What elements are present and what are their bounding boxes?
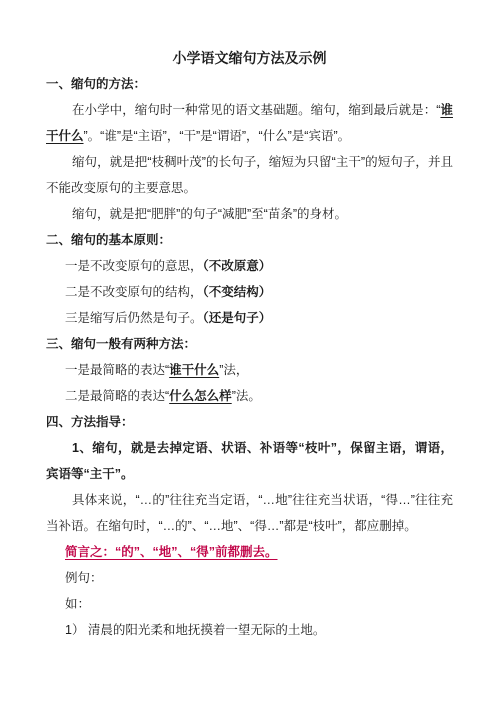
text-run: 二是最简略的表达“: [65, 389, 169, 403]
section-heading: 二、缩句的基本原则：: [46, 227, 453, 253]
list-line: 二是最简略的表达“什么怎么样”法。: [46, 383, 453, 409]
text-run: 缩句，就是把“枝稠叶茂”的长句子，缩短为只留“主干”的短句子，并且不能改变原句的…: [46, 155, 453, 195]
doc-title: 小学语文缩句方法及示例: [46, 45, 453, 71]
list-line: 二是不改变原句的结构，（不变结构）: [46, 279, 453, 305]
list-line: 一是最简略的表达“谁干什么”法，: [46, 357, 453, 383]
text-run: 1） 清晨的阳光柔和地抚摸着一望无际的土地。: [65, 623, 325, 637]
text-run: 具体来说，“…的”往往充当定语，“…地”往往充当状语，“得…”往往充当补语。在缩…: [46, 493, 453, 533]
text-run: 一、缩句的方法：: [46, 77, 146, 91]
emphasis-run: （不改原意）: [203, 259, 272, 273]
list-line: 一是不改变原句的意思，（不改原意）: [46, 253, 453, 279]
paragraph: 具体来说，“…的”往往充当定语，“…地”往往充当状语，“得…”往往充当补语。在缩…: [46, 487, 453, 539]
text-run: 例句：: [65, 571, 103, 585]
document-page: 小学语文缩句方法及示例 一、缩句的方法：在小学中，缩句时一种常见的语文基础题。缩…: [46, 45, 453, 643]
text-run: 在小学中，缩句时一种常见的语文基础题。缩句，缩到最后就是：“: [72, 103, 440, 117]
text-run: 二是不改变原句的结构，: [65, 285, 203, 299]
highlight-red-run: 简言之：“的”、“地”、“得”前都删去。: [65, 545, 278, 559]
emphasis-run: 谁干什么: [169, 363, 219, 377]
list-line: 例句：: [46, 565, 453, 591]
paragraph: 在小学中，缩句时一种常见的语文基础题。缩句，缩到最后就是：“谁干什么”。“谁”是…: [46, 97, 453, 149]
text-run: 三、缩句一般有两种方法：: [46, 337, 196, 351]
text-run: ”。“谁”是“主语”，“干”是“谓语”，“什么”是“宾语”。: [84, 129, 351, 143]
emphasis-run: （还是句子）: [203, 311, 272, 325]
text-run: 一是不改变原句的意思，: [65, 259, 203, 273]
section-heading: 一、缩句的方法：: [46, 71, 453, 97]
list-line: 如：: [46, 591, 453, 617]
paragraph: 缩句，就是把“肥胖”的句子“减肥”至“苗条”的身材。: [46, 201, 453, 227]
paragraph: 1、缩句，就是去掉定语、状语、补语等“枝叶”，保留主语，谓语，宾语等“主干”。: [46, 435, 453, 487]
document-body: 一、缩句的方法：在小学中，缩句时一种常见的语文基础题。缩句，缩到最后就是：“谁干…: [46, 71, 453, 643]
section-heading: 四、方法指导：: [46, 409, 453, 435]
text-run: 如：: [65, 597, 90, 611]
text-run: 三是缩写后仍然是句子。: [65, 311, 203, 325]
list-line: 简言之：“的”、“地”、“得”前都删去。: [46, 539, 453, 565]
paragraph: 缩句，就是把“枝稠叶茂”的长句子，缩短为只留“主干”的短句子，并且不能改变原句的…: [46, 149, 453, 201]
section-heading: 三、缩句一般有两种方法：: [46, 331, 453, 357]
text-run: 一是最简略的表达“: [65, 363, 169, 377]
text-run: 缩句，就是把“肥胖”的句子“减肥”至“苗条”的身材。: [72, 207, 347, 221]
emphasis-run: 什么怎么样: [169, 389, 232, 403]
emphasis-run: （不变结构）: [203, 285, 272, 299]
text-run: ”法，: [219, 363, 248, 377]
text-run: 二、缩句的基本原则：: [46, 233, 171, 247]
list-line: 三是缩写后仍然是句子。（还是句子）: [46, 305, 453, 331]
list-line: 1） 清晨的阳光柔和地抚摸着一望无际的土地。: [46, 617, 453, 643]
emphasis-run: 1、缩句，就是去掉定语、状语、补语等“枝叶”，保留主语，谓语，宾语等“主干”。: [46, 441, 453, 481]
text-run: ”法。: [232, 389, 261, 403]
text-run: 四、方法指导：: [46, 415, 134, 429]
